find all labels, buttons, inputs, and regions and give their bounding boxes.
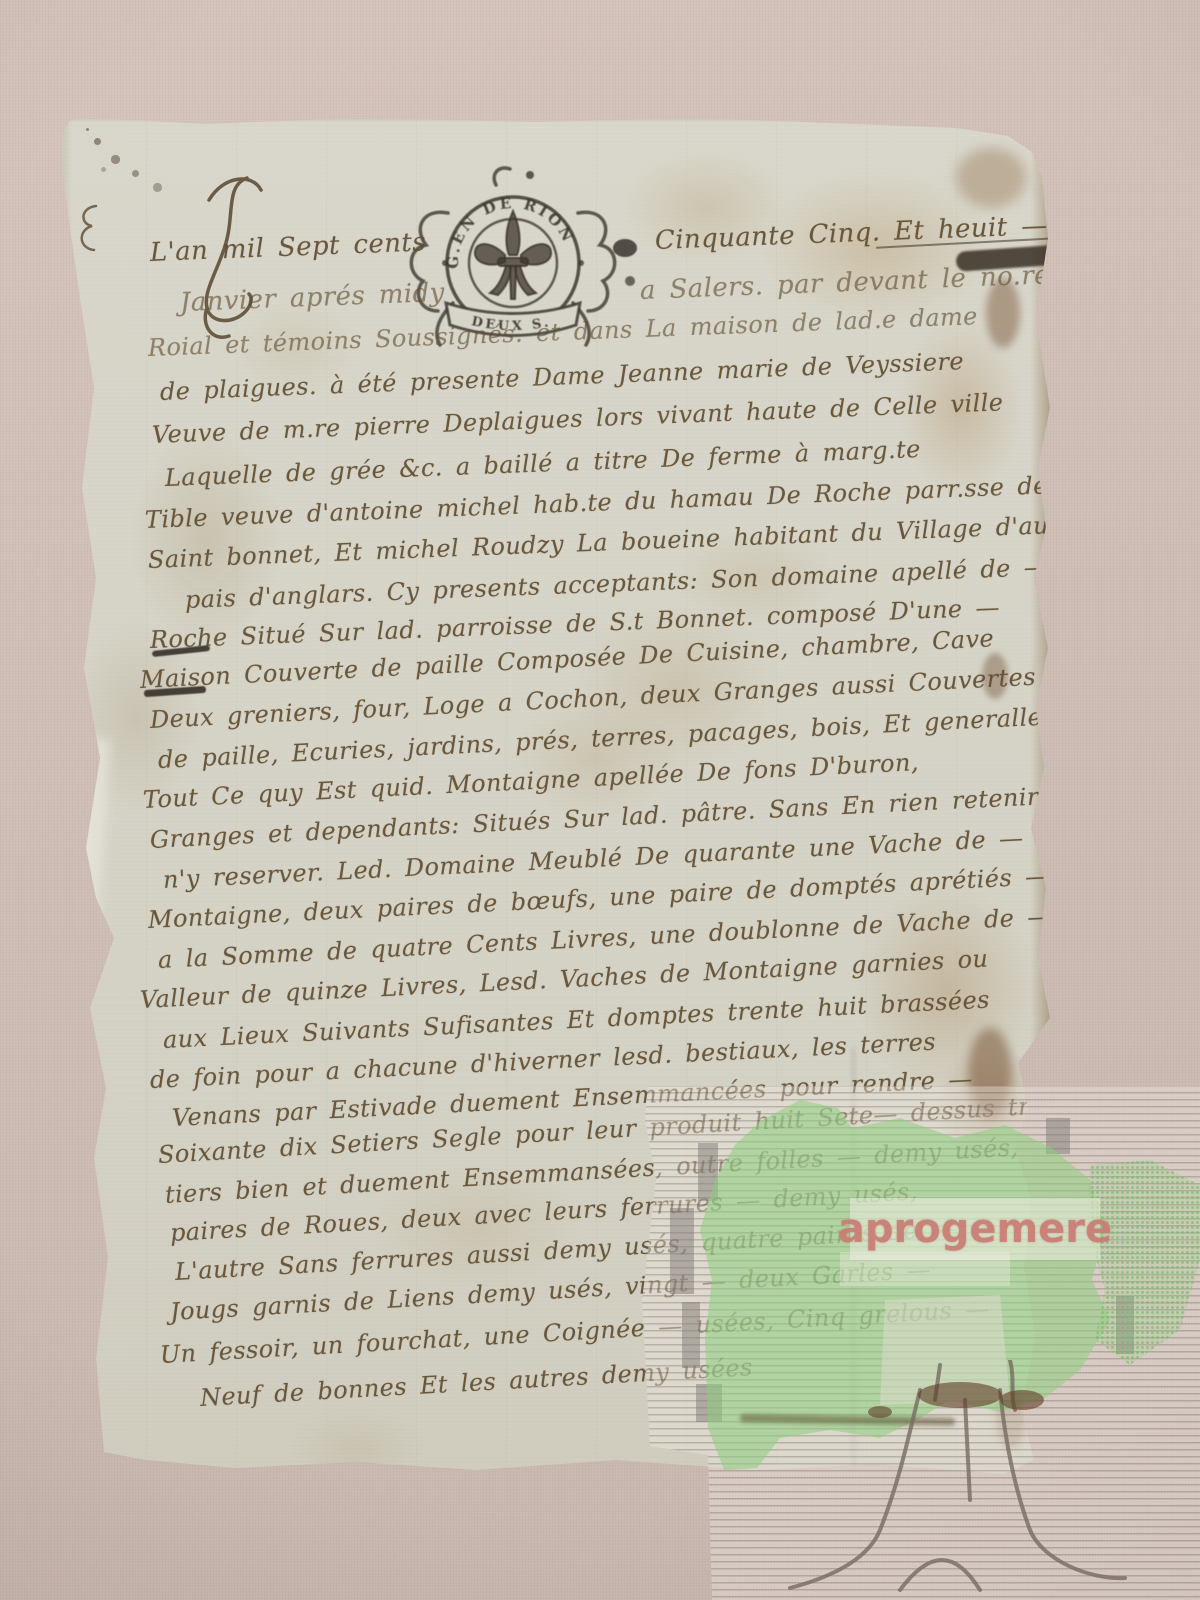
ink-specks [86,128,89,131]
watermark-pixel-artifact [670,1208,694,1294]
watermark-pixel-artifact [682,1302,700,1368]
watermark-label-text: aprogemere [838,1206,1112,1252]
stain [956,148,1026,208]
fleur-de-lis-icon [475,211,551,299]
watermark-label: aprogemere [850,1198,1100,1260]
margin-squiggle [74,200,104,260]
tree-trunk-drawing [760,1360,1160,1600]
document-photo: G.EN DE RION DEUX S. [0,0,1200,1600]
